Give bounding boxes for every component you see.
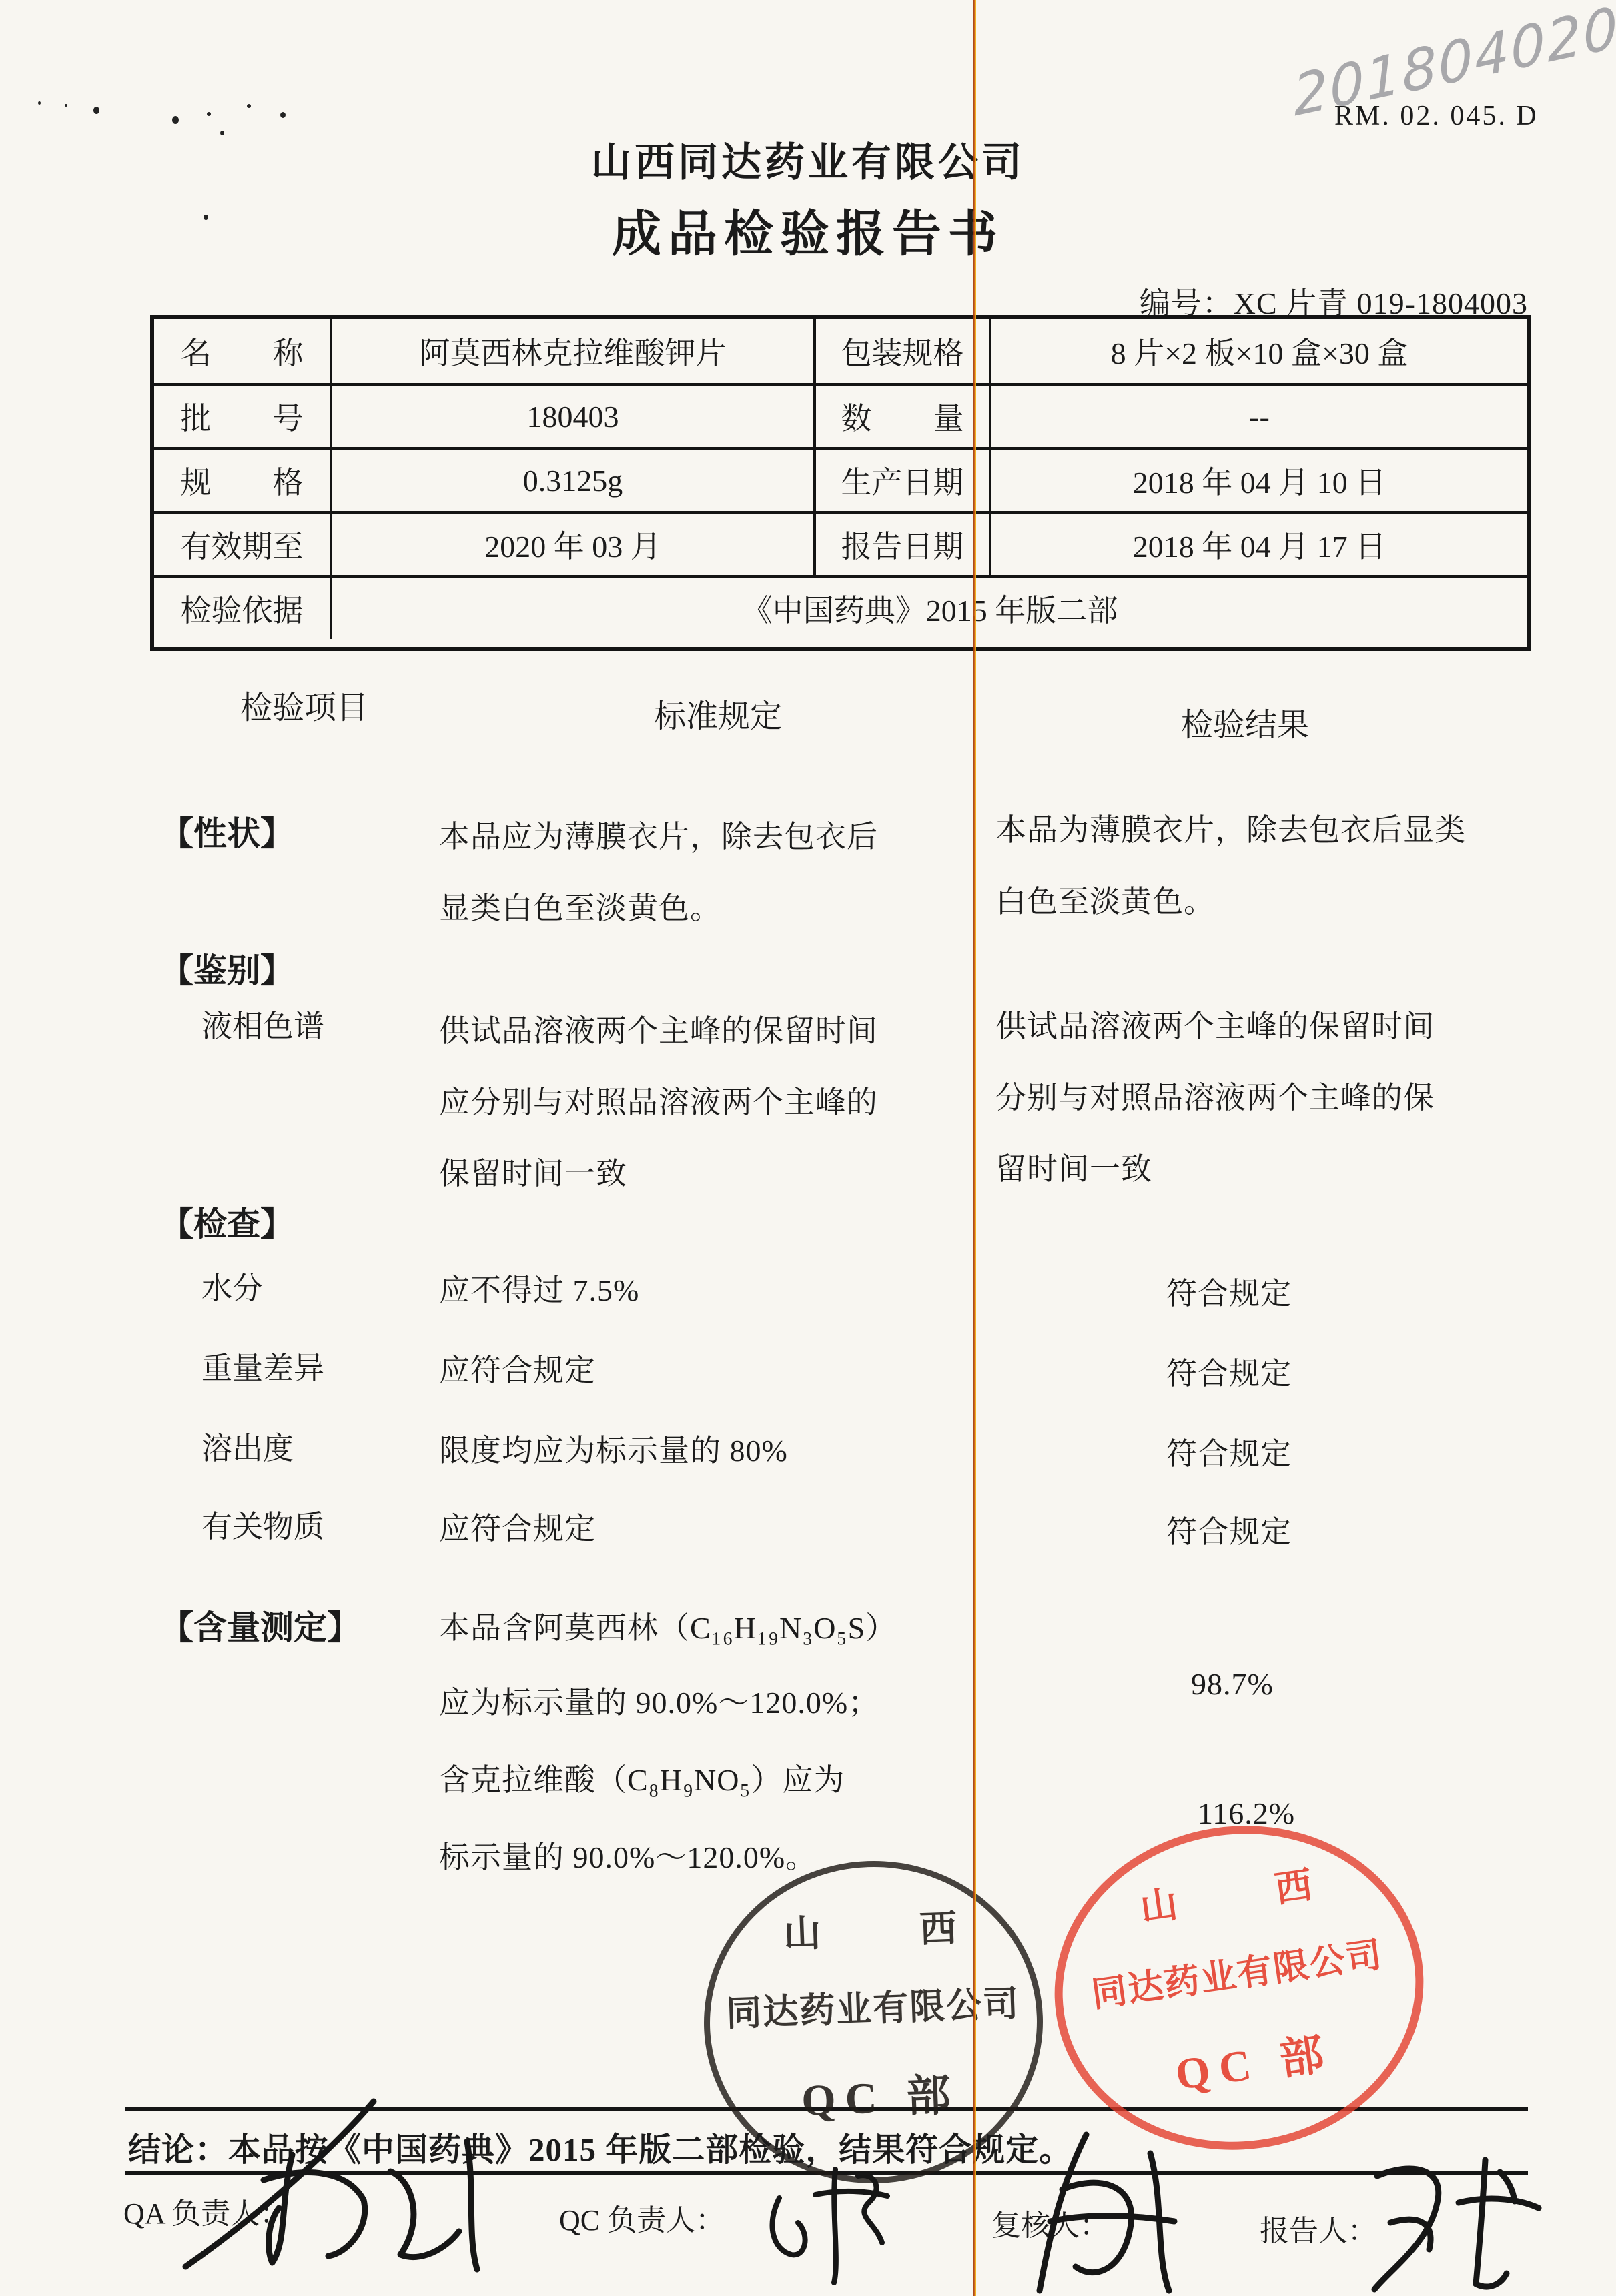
ink-speck	[38, 101, 41, 105]
label-pack-spec: 包装规格	[813, 319, 989, 383]
scan-artifact-line	[973, 0, 976, 2296]
label-mfg-date: 生产日期	[813, 447, 989, 511]
dissolution-standard: 限度均应为标示量的 80%	[439, 1426, 788, 1470]
value-quantity: --	[989, 383, 1527, 447]
label-test-basis: 检验依据	[154, 575, 330, 639]
page-title: 成品检验报告书	[0, 195, 1616, 265]
label-quantity: 数 量	[813, 383, 989, 447]
assay-standard-line: 应为标示量的 90.0%～120.0%；	[439, 1678, 879, 1722]
qc-stamp-red: 山 西 同达药业有限公司 QC 部	[1034, 1802, 1445, 2173]
ink-speck	[65, 104, 67, 107]
appearance-result-line: 白色至淡黄色。	[995, 877, 1215, 921]
appearance-standard-line: 本品应为薄膜衣片，除去包衣后	[439, 812, 878, 856]
moisture-standard: 应不得过 7.5%	[439, 1266, 639, 1310]
dissolution-result: 符合规定	[1166, 1429, 1292, 1474]
column-header-standard: 标准规定	[654, 690, 782, 736]
section-assay: 【含量测定】	[160, 1601, 360, 1649]
identification-result-line: 留时间一致	[995, 1145, 1152, 1189]
identification-result-line: 供试品溶液两个主峰的保留时间	[995, 1002, 1435, 1046]
identification-result-line: 分别与对照品溶液两个主峰的保	[995, 1073, 1435, 1117]
item-moisture: 水分	[201, 1264, 263, 1308]
stamp-company-text: 同达药业有限公司	[709, 1974, 1037, 2037]
identification-standard-line: 供试品溶液两个主峰的保留时间	[439, 1007, 878, 1051]
qc-signature	[773, 2169, 887, 2283]
assay-standard-line: 标示量的 90.0%～120.0%。	[439, 1833, 817, 1877]
stamp-department-text: QC 部	[711, 2056, 1040, 2131]
appearance-standard-line: 显类白色至淡黄色。	[439, 884, 721, 928]
assay-standard-line: 本品含阿莫西林（C₁₆H₁₉N₃O₅S）	[439, 1604, 897, 1648]
related-standard: 应符合规定	[439, 1504, 596, 1548]
reporter-signer-label: 报告人：	[1260, 2207, 1377, 2249]
reporter-signature	[1374, 2160, 1539, 2289]
identification-standard-line: 保留时间一致	[439, 1149, 627, 1193]
value-expiry: 2020 年 03 月	[330, 511, 813, 575]
label-spec: 规 格	[154, 447, 330, 511]
stamp-region-text: 山 西	[706, 1896, 1034, 1961]
section-appearance: 【性状】	[160, 807, 294, 855]
value-report-date: 2018 年 04 月 17 日	[989, 511, 1527, 575]
assay-result-amoxicillin: 98.7%	[1191, 1666, 1274, 1702]
scanned-report-page: 20180402011 RM. 02. 045. D 山西同达药业有限公司 成品…	[0, 0, 1616, 2296]
item-related-substances: 有关物质	[201, 1502, 324, 1546]
appearance-result-line: 本品为薄膜衣片，除去包衣后显类	[995, 806, 1466, 850]
item-dissolution: 溶出度	[201, 1424, 294, 1468]
ink-speck	[172, 116, 179, 124]
assay-standard-line: 含克拉维酸（C₈H₉NO₅）应为	[439, 1756, 845, 1800]
item-hplc: 液相色谱	[201, 1002, 324, 1046]
related-result: 符合规定	[1166, 1508, 1292, 1552]
conclusion-text: 结论：本品按《中国药典》2015 年版二部检验，结果符合规定。	[128, 2124, 1072, 2171]
value-test-basis: 《中国药典》2015 年版二部	[330, 575, 1527, 639]
ink-speck	[207, 112, 211, 116]
column-header-result: 检验结果	[1181, 699, 1309, 745]
label-report-date: 报告日期	[813, 511, 989, 575]
qa-signer-label: QA 负责人：	[123, 2189, 289, 2232]
value-name: 阿莫西林克拉维酸钾片	[330, 319, 813, 383]
document-code: RM. 02. 045. D	[1334, 100, 1539, 132]
reviewer-signer-label: 复核人：	[991, 2201, 1109, 2244]
value-batch-no: 180403	[330, 383, 813, 447]
label-expiry: 有效期至	[154, 511, 330, 575]
label-batch-no: 批 号	[154, 383, 330, 447]
value-pack-spec: 8 片×2 板×10 盒×30 盒	[989, 319, 1527, 383]
section-identification: 【鉴别】	[160, 944, 294, 992]
stamp-company-text: 同达药业有限公司	[1058, 1922, 1415, 2022]
qc-signer-label: QC 负责人：	[559, 2196, 725, 2239]
moisture-result: 符合规定	[1166, 1269, 1292, 1313]
value-spec: 0.3125g	[330, 447, 813, 511]
stamp-department-text: QC 部	[1070, 2004, 1429, 2117]
product-info-table: 名 称 阿莫西林克拉维酸钾片 包装规格 8 片×2 板×10 盒×30 盒 批 …	[150, 315, 1531, 651]
column-header-item: 检验项目	[240, 682, 368, 728]
ink-speck	[220, 131, 224, 135]
ink-speck	[93, 107, 99, 114]
weight-standard: 应符合规定	[439, 1346, 596, 1390]
item-weight-variation: 重量差异	[201, 1344, 324, 1388]
label-name: 名 称	[154, 319, 330, 383]
company-name: 山西同达药业有限公司	[0, 131, 1616, 188]
ink-speck	[247, 104, 251, 108]
section-tests: 【检查】	[160, 1197, 294, 1245]
weight-result: 符合规定	[1166, 1349, 1292, 1393]
ink-speck	[204, 215, 208, 220]
ink-speck	[280, 112, 286, 118]
value-mfg-date: 2018 年 04 月 10 日	[989, 447, 1527, 511]
identification-standard-line: 应分别与对照品溶液两个主峰的	[439, 1078, 878, 1122]
